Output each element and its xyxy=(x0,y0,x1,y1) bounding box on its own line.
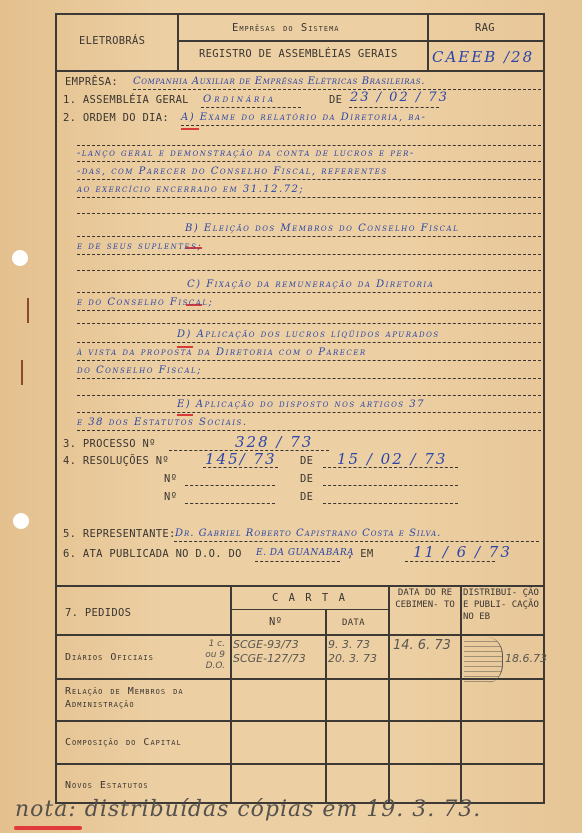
ordem-line[interactable]: e 38 dos Estatutos Sociais. xyxy=(77,417,248,428)
ata-em-label: , EM xyxy=(347,548,374,560)
processo-label: 3. PROCESSO Nº xyxy=(63,438,156,450)
ordem-line[interactable]: D) Aplicação dos lucros líqüidos apurado… xyxy=(177,329,440,340)
processo-field[interactable]: 328 / 73 xyxy=(235,433,313,451)
rag-value[interactable]: CAEEB /28 xyxy=(432,48,534,66)
ata-state-field[interactable]: E. DA GUANABARA xyxy=(256,548,354,558)
carta-data-2[interactable]: 20. 3. 73 xyxy=(328,652,377,665)
assembleia-label: 1. ASSEMBLÉIA GERAL xyxy=(63,94,189,106)
carta-label: C A R T A xyxy=(272,592,347,604)
diarios-note: 1 c. ou 9 D.O. xyxy=(195,639,225,672)
empresa-field[interactable]: Companhia Auxiliar de Emprêsas Elétricas… xyxy=(133,76,425,87)
resolucao-no-label-3: Nº xyxy=(164,491,177,503)
assembleia-de-label: DE xyxy=(329,94,342,106)
staple-mark xyxy=(21,360,23,385)
punch-hole xyxy=(12,250,28,266)
assembleia-date-field[interactable]: 23 / 02 / 73 xyxy=(350,90,449,105)
resolucao-date-field-3[interactable] xyxy=(323,503,458,504)
resolucao-date-field-2[interactable] xyxy=(323,485,458,486)
form-title: REGISTRO DE ASSEMBLÉIAS GERAIS xyxy=(199,48,398,60)
staple-mark xyxy=(27,298,29,323)
rag-label: RAG xyxy=(475,22,495,34)
ordem-line[interactable]: -das, com Parecer do Conselho Fiscal, re… xyxy=(77,166,388,177)
scribble-initials xyxy=(464,637,503,683)
ordem-line[interactable]: -lanço geral e demonstração da conta de … xyxy=(77,148,415,159)
carta-no-1[interactable]: SCGE-93/73 xyxy=(233,638,299,651)
resolucao-no-label-2: Nº xyxy=(164,473,177,485)
pedidos-label: 7. PEDIDOS xyxy=(65,607,131,619)
section-title: Emprêsas do Sistema xyxy=(232,22,340,34)
ordem-line[interactable]: ao exercício encerrado em 31.12.72; xyxy=(77,184,304,195)
carta-no-header: Nº xyxy=(269,616,282,628)
row-label-relacao: Relação de Membros da Administração xyxy=(65,685,215,711)
red-underline xyxy=(14,826,82,830)
row-label-estatutos: Novos Estatutos xyxy=(65,780,149,791)
footer-note: nota: distribuídas cópias em 19. 3. 73. xyxy=(15,797,481,822)
red-underline xyxy=(177,414,193,416)
carta-no-2[interactable]: SCGE-127/73 xyxy=(233,652,306,665)
red-underline xyxy=(181,128,199,130)
resolucao-de-label-3: DE xyxy=(300,491,313,503)
distribuicao-date[interactable]: 18.6.73 xyxy=(505,652,547,665)
resolucao-no-field-3[interactable] xyxy=(185,503,275,504)
punch-hole xyxy=(13,513,29,529)
resolucoes-label: 4. RESOLUÇÕES Nº xyxy=(63,455,169,467)
resolucao-no-field-2[interactable] xyxy=(185,485,275,486)
ordem-line[interactable]: e de seus suplentes; xyxy=(77,241,202,252)
recebimento-date[interactable]: 14. 6. 73 xyxy=(393,638,451,653)
representante-label: 5. REPRESENTANTE: xyxy=(63,528,176,540)
row-label-composicao: Composição do Capital xyxy=(65,737,182,748)
assembleia-type-field[interactable]: Ordinária xyxy=(203,94,276,105)
resolucoes-date-field[interactable]: 15 / 02 / 73 xyxy=(337,450,447,468)
ordem-line[interactable]: E) Aplicação do disposto nos artigos 37 xyxy=(177,399,425,410)
carta-data-1[interactable]: 9. 3. 73 xyxy=(328,638,370,651)
row-label-diarios: Diários Oficiais xyxy=(65,652,154,663)
resolucao-de-label-2: DE xyxy=(300,473,313,485)
representante-field[interactable]: Dr. Gabriel Roberto Capistrano Costa e S… xyxy=(175,528,441,539)
ordem-label: 2. ORDEM DO DIA: xyxy=(63,112,169,124)
ata-label: 6. ATA PUBLICADA NO D.O. DO xyxy=(63,548,242,560)
ordem-line[interactable]: C) Fixação da remuneração da Diretoria xyxy=(187,279,434,290)
ordem-line[interactable]: à vista da proposta da Diretoria com o P… xyxy=(77,347,367,358)
recebimento-header: DATA DO RE CEBIMEN- TO xyxy=(391,587,459,611)
distribuicao-header: DISTRIBUI- ÇÃO E PUBLI- CAÇÃO NO EB xyxy=(463,587,545,623)
resolucoes-field[interactable]: 145/ 73 xyxy=(205,450,277,468)
carta-data-header: DATA xyxy=(342,618,365,628)
ata-date-field[interactable]: 11 / 6 / 73 xyxy=(413,543,512,561)
assembly-register-form: ELETROBRÁS Emprêsas do Sistema REGISTRO … xyxy=(55,13,545,804)
ordem-line[interactable]: e do Conselho Fiscal; xyxy=(77,297,213,308)
ordem-line[interactable]: B) Eleição dos Membros do Conselho Fisca… xyxy=(185,223,459,234)
ordem-line[interactable]: A) Exame do relatório da Diretoria, ba- xyxy=(181,112,426,123)
org-name: ELETROBRÁS xyxy=(79,35,145,47)
resolucoes-de-label: DE xyxy=(300,455,313,467)
ordem-line[interactable]: do Conselho Fiscal; xyxy=(77,365,202,376)
empresa-label: EMPRÊSA: xyxy=(65,76,118,88)
